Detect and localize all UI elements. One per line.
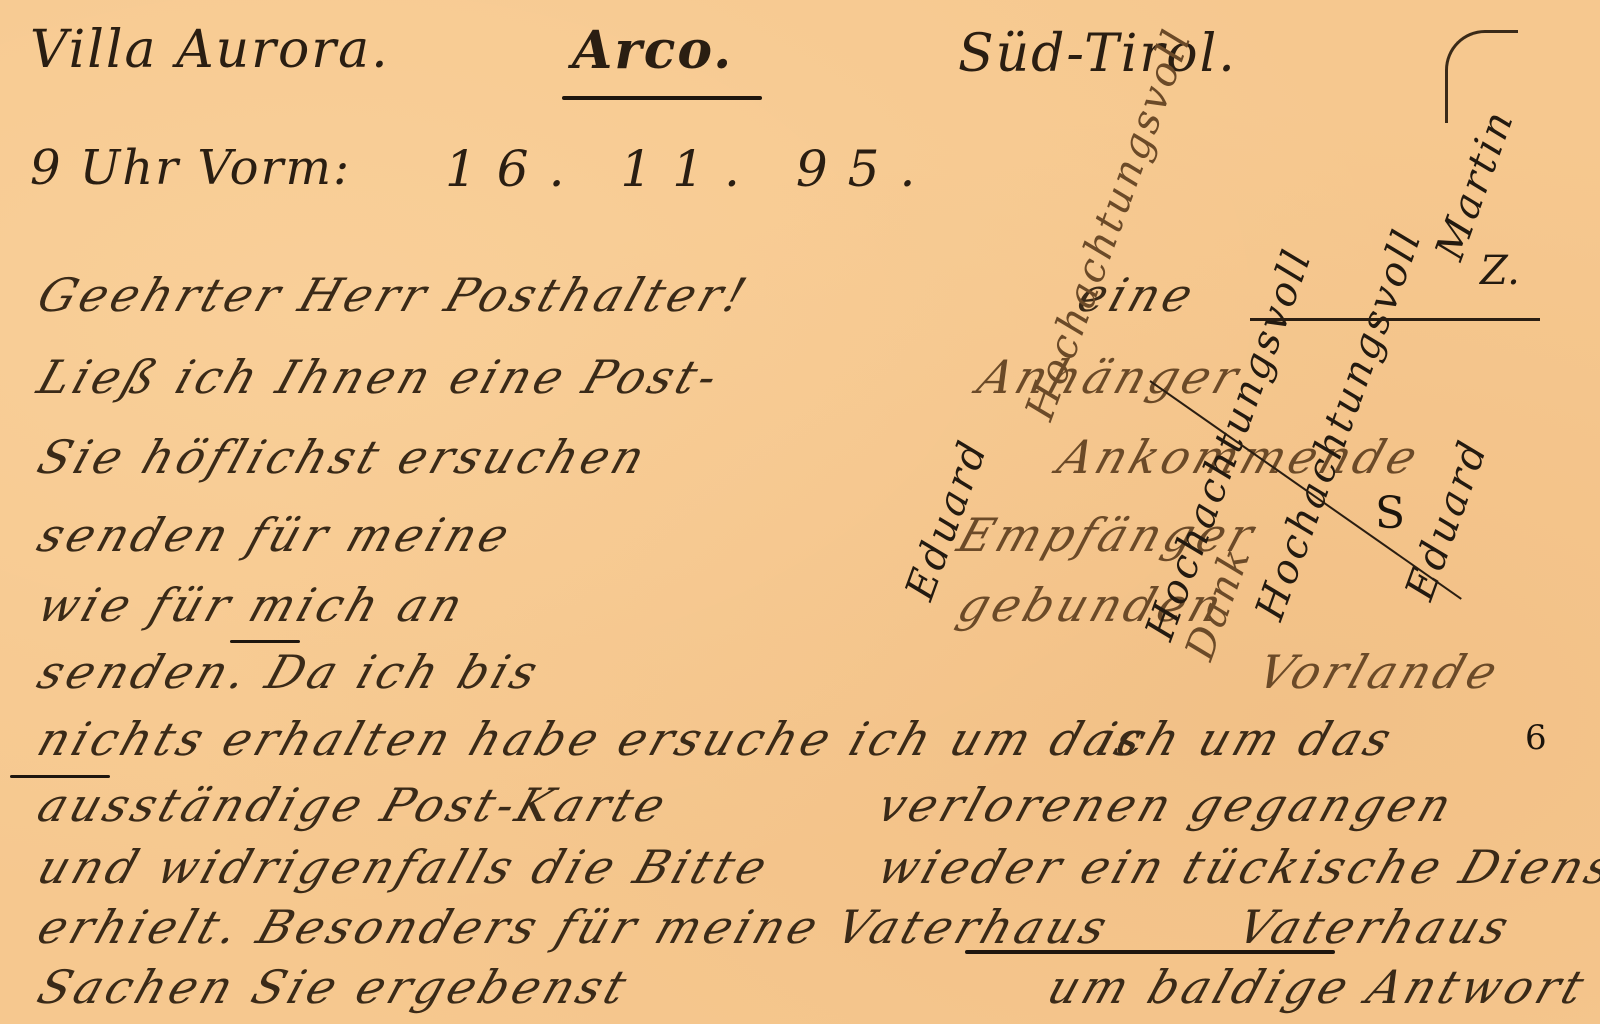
location-town: Arco. bbox=[572, 20, 733, 81]
body-line-3: Sie höflichst ersuchen bbox=[31, 430, 655, 484]
time-label: 9 Uhr Vorm: bbox=[30, 140, 351, 196]
town-underline bbox=[562, 96, 762, 100]
right-line-9: wieder ein tückische Dienstleute bbox=[871, 840, 1600, 894]
mich-underline bbox=[230, 640, 300, 643]
body-line-4: senden für meine bbox=[31, 508, 520, 562]
mark-6: 6 bbox=[1525, 718, 1547, 758]
body-line-8: ausständige Post-Karte bbox=[31, 778, 676, 832]
strike-line bbox=[1250, 318, 1540, 321]
body-line-10: erhielt. Besonders für meine Vaterhaus bbox=[31, 900, 1117, 954]
body-line-6: senden. Da ich bis bbox=[31, 645, 548, 699]
body-line-5: wie für mich an bbox=[31, 578, 473, 632]
right-line-11: um baldige Antwort bbox=[1041, 960, 1594, 1014]
body-line-1: Geehrter Herr Posthalter! bbox=[31, 268, 756, 322]
body-line-11: Sachen Sie ergebenst bbox=[31, 960, 637, 1014]
body-line-7: nichts erhalten habe ersuche ich um das bbox=[31, 712, 1153, 766]
mark-z: Z. bbox=[1480, 248, 1520, 294]
right-line-8: verlorenen gegangen bbox=[871, 778, 1462, 832]
nichts-underline bbox=[10, 775, 110, 778]
date: 16. 11. 95. bbox=[445, 140, 935, 198]
right-line-2: Anhänger bbox=[971, 350, 1249, 404]
right-line-10: Vaterhaus bbox=[1231, 900, 1519, 954]
mark-s: S bbox=[1375, 488, 1405, 539]
body-line-9: und widrigenfalls die Bitte bbox=[31, 840, 777, 894]
right-line-6: Vorlande bbox=[1251, 645, 1508, 699]
right-line-7: ich um das bbox=[1091, 712, 1402, 766]
body-line-2: Ließ ich Ihnen eine Post- bbox=[31, 350, 728, 404]
location-villa: Villa Aurora. bbox=[30, 20, 390, 80]
margin-flourish bbox=[1445, 30, 1518, 123]
